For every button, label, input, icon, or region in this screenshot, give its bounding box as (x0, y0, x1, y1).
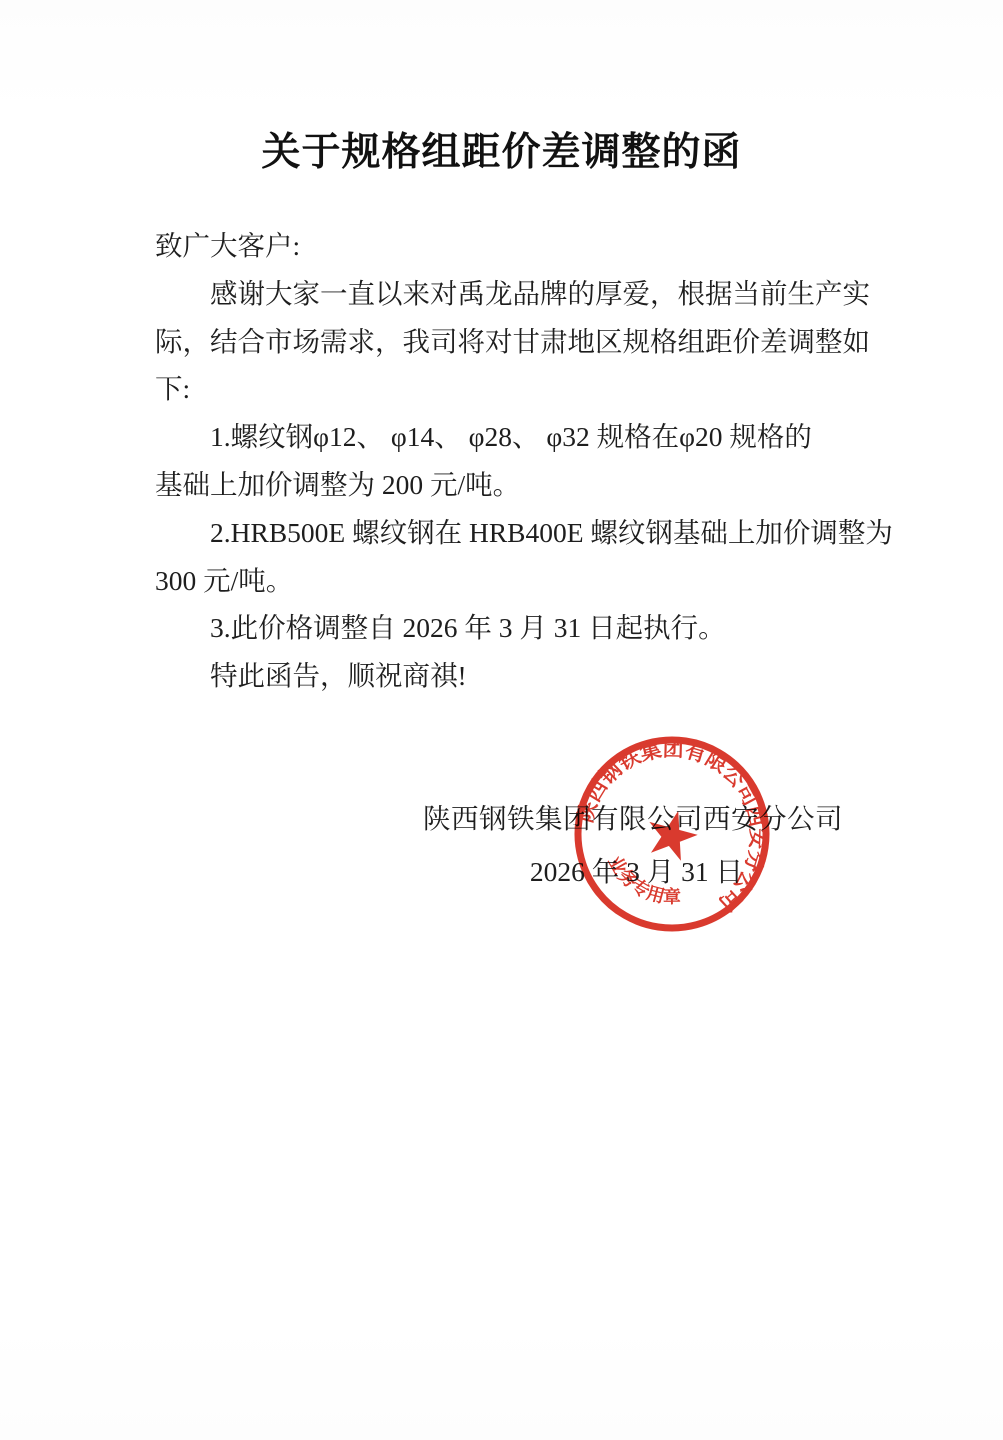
body-line: 际，结合市场需求，我司将对甘肃地区规格组距价差调整如 (155, 318, 871, 366)
body-line-item-3: 3.此价格调整自 2026 年 3 月 31 日起执行。 (155, 604, 871, 652)
salutation: 致广大客户: (155, 222, 871, 270)
body-line: 下: (155, 365, 871, 413)
body-line: 基础上加价调整为 200 元/吨。 (155, 461, 871, 509)
body-line-item-2: 2.HRB500E 螺纹钢在 HRB400E 螺纹钢基础上加价调整为 (155, 509, 871, 557)
body-line-item-1: 1.螺纹钢φ12、 φ14、 φ28、 φ32 规格在φ20 规格的 (155, 413, 871, 461)
body-line: 300 元/吨。 (155, 557, 871, 605)
letter-page: 关于规格组距价差调整的函 致广大客户: 感谢大家一直以来对禹龙品牌的厚爱，根据当… (0, 0, 1003, 1440)
page-title: 关于规格组距价差调整的函 (0, 121, 1003, 177)
body-line: 感谢大家一直以来对禹龙品牌的厚爱，根据当前生产实 (155, 270, 871, 318)
letter-body: 致广大客户: 感谢大家一直以来对禹龙品牌的厚爱，根据当前生产实 际，结合市场需求… (155, 222, 871, 700)
closing-line: 特此函告，顺祝商祺! (155, 652, 871, 700)
seal-star-icon: ★ (638, 797, 705, 873)
company-seal-stamp: 陕西钢铁集团有限公司西安分公司 业务专用章 ★ (567, 729, 777, 939)
